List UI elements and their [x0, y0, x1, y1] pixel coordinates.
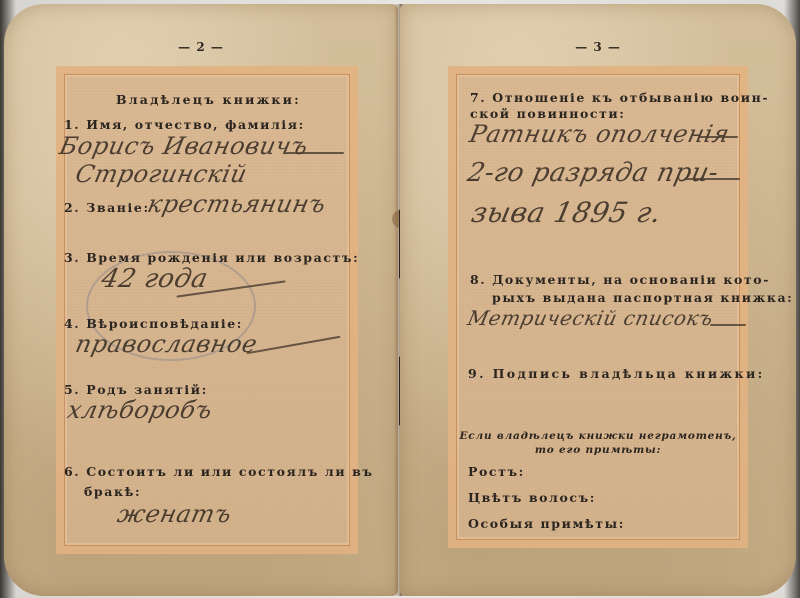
left-page: — 2 — Владѣлецъ книжки: 1. Имя, отчество…	[4, 4, 398, 596]
field-6-value: женатъ	[115, 500, 234, 528]
illiterate-note-line2: то его примѣты:	[448, 444, 748, 456]
field-4-label: 4. Вѣроисповѣданіе:	[64, 316, 243, 331]
field-8-underline	[710, 324, 746, 326]
field-6-label-line2: бракѣ:	[84, 484, 141, 499]
field-7-label-line1: 7. Отношеніе къ отбыванію воин-	[470, 90, 769, 105]
field-7-value-line3: зыва 1895 г.	[468, 196, 664, 229]
owner-heading: Владѣлецъ книжки:	[116, 92, 301, 107]
field-1-value-line1: Борисъ Ивановичъ	[57, 132, 311, 160]
page-number-right: — 3 —	[400, 40, 796, 54]
ornamental-frame-left: Владѣлецъ книжки: 1. Имя, отчество, фами…	[56, 66, 358, 554]
field-2-label: 2. Званіе:	[64, 200, 150, 215]
field-2-value: крестьянинъ	[145, 190, 329, 218]
field-3-label: 3. Время рожденія или возрастъ:	[64, 250, 359, 265]
field-7-underline-1	[698, 136, 738, 138]
field-1-label: 1. Имя, отчество, фамилія:	[64, 117, 305, 132]
field-8-value: Метрическій списокъ	[465, 306, 715, 330]
field-5-value: хлѣборобъ	[65, 396, 215, 424]
field-1-underline	[286, 152, 344, 154]
page-number-left: — 2 —	[4, 40, 398, 54]
field-1-value-line2: Строгинскій	[73, 160, 250, 188]
field-5-label: 5. Родъ занятій:	[64, 382, 208, 397]
field-3-value: 42 года	[99, 264, 211, 294]
illiterate-note-line1: Если владѣлецъ книжки неграмотенъ,	[448, 430, 748, 442]
field-6-label-line1: 6. Состоитъ ли или состоялъ ли въ	[64, 464, 374, 479]
field-7-value-line2: 2-го разряда при-	[465, 158, 722, 188]
field-7-label-line2: ской повинности:	[470, 106, 626, 121]
field-8-label-line1: 8. Документы, на основаніи кото-	[470, 272, 770, 287]
ornamental-frame-right: 7. Отношеніе къ отбыванію воин- ской пов…	[448, 66, 748, 548]
passport-booklet: — 2 — Владѣлецъ книжки: 1. Имя, отчество…	[4, 4, 796, 596]
feature-height-label: Ростъ:	[468, 464, 525, 479]
field-8-label-line2: рыхъ выдана паспортная книжка:	[492, 290, 793, 305]
feature-hair-color-label: Цвѣтъ волосъ:	[468, 490, 596, 505]
feature-special-marks-label: Особыя примѣты:	[468, 516, 625, 531]
field-9-label: 9. Подпись владѣльца книжки:	[468, 366, 765, 381]
field-7-value-line1: Ратникъ ополченія	[467, 120, 732, 148]
right-page: — 3 — 7. Отношеніе къ отбыванію воин- ск…	[400, 4, 796, 596]
field-4-value: православное	[73, 330, 260, 358]
field-7-underline-2	[684, 178, 740, 180]
